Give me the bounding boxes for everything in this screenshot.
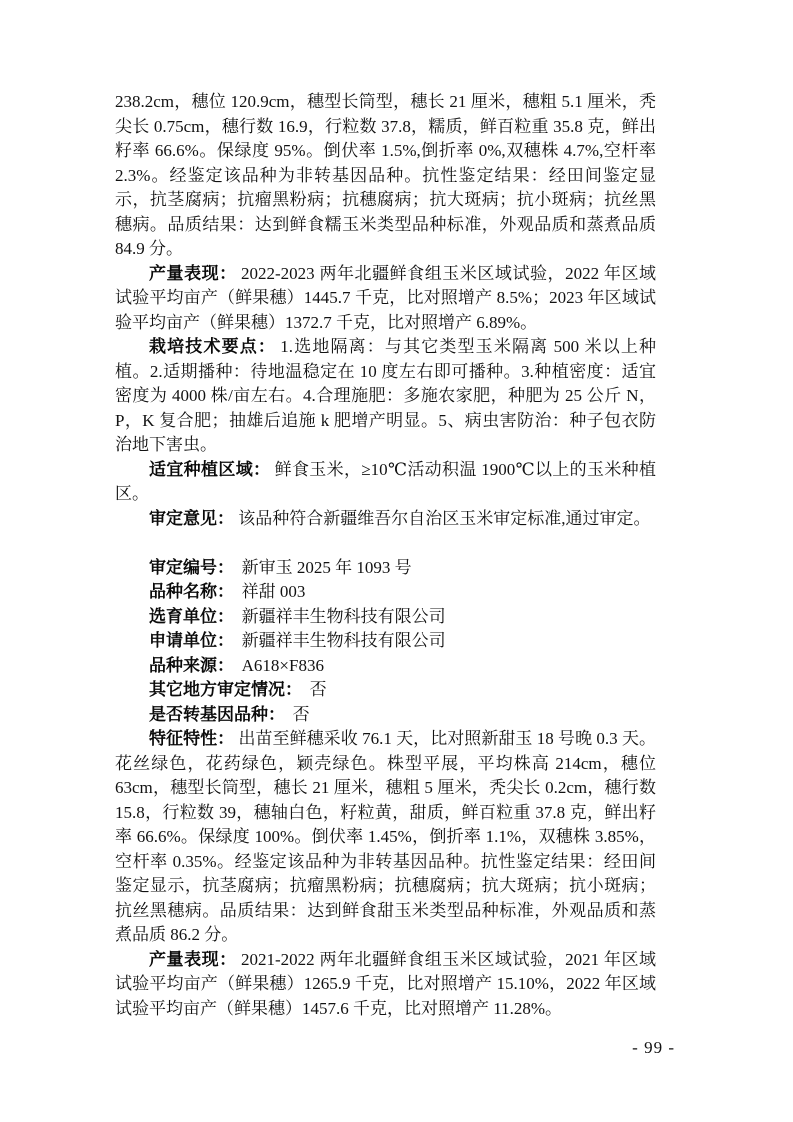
value-other-region-approval: 否 bbox=[310, 680, 327, 699]
field-gmo-status: 是否转基因品种：否 bbox=[115, 703, 656, 728]
value-approval-number: 新审玉 2025 年 1093 号 bbox=[242, 558, 412, 577]
para-variety1-cultivation-techniques: 栽培技术要点：1.选地隔离：与其它类型玉米隔离 500 米以上种植。2.适期播种… bbox=[115, 335, 656, 458]
label-variety2-traits: 特征特性： bbox=[149, 729, 234, 748]
field-variety-source: 品种来源：A618×F836 bbox=[115, 654, 656, 679]
value-variety-source: A618×F836 bbox=[242, 656, 324, 675]
label-variety-name: 品种名称： bbox=[149, 582, 234, 601]
para-variety1-suitable-regions: 适宜种植区域：鲜食玉米，≥10℃活动积温 1900℃以上的玉米种植区。 bbox=[115, 458, 656, 507]
para-variety2-traits: 特征特性：出苗至鲜穗采收 76.1 天，比对照新甜玉 18 号晚 0.3 天。花… bbox=[115, 727, 656, 948]
label-other-region-approval: 其它地方审定情况： bbox=[149, 680, 302, 699]
value-variety-name: 祥甜 003 bbox=[242, 582, 306, 601]
text-variety2-traits: 出苗至鲜穗采收 76.1 天，比对照新甜玉 18 号晚 0.3 天。花丝绿色，花… bbox=[115, 729, 656, 944]
label-breeding-unit: 选育单位： bbox=[149, 607, 234, 626]
para-variety1-yield-performance: 产量表现：2022-2023 两年北疆鲜食组玉米区域试验，2022 年区域试验平… bbox=[115, 262, 656, 336]
variety2-header-fields: 审定编号：新审玉 2025 年 1093 号 品种名称：祥甜 003 选育单位：… bbox=[115, 556, 656, 728]
label-suitable-regions: 适宜种植区域： bbox=[149, 460, 270, 479]
value-gmo-status: 否 bbox=[293, 705, 310, 724]
field-approval-number: 审定编号：新审玉 2025 年 1093 号 bbox=[115, 556, 656, 581]
label-approval-number: 审定编号： bbox=[149, 558, 234, 577]
field-other-region-approval: 其它地方审定情况：否 bbox=[115, 678, 656, 703]
page-number: - 99 - bbox=[632, 1036, 675, 1060]
para-variety1-approval-opinion: 审定意见：该品种符合新疆维吾尔自治区玉米审定标准,通过审定。 bbox=[115, 507, 656, 532]
document-body: 238.2cm，穗位 120.9cm，穗型长筒型，穗长 21 厘米，穗粗 5.1… bbox=[115, 90, 656, 1021]
document-page: 238.2cm，穗位 120.9cm，穗型长筒型，穗长 21 厘米，穗粗 5.1… bbox=[0, 0, 793, 1122]
label-approval-opinion: 审定意见： bbox=[149, 509, 234, 528]
field-breeding-unit: 选育单位：新疆祥丰生物科技有限公司 bbox=[115, 605, 656, 630]
label-yield-performance: 产量表现： bbox=[149, 264, 237, 283]
field-applicant-unit: 申请单位：新疆祥丰生物科技有限公司 bbox=[115, 629, 656, 654]
field-variety-name: 品种名称：祥甜 003 bbox=[115, 580, 656, 605]
text-approval-opinion: 该品种符合新疆维吾尔自治区玉米审定标准,通过审定。 bbox=[238, 509, 650, 528]
para-prev-variety-characteristics-continuation: 238.2cm，穗位 120.9cm，穗型长筒型，穗长 21 厘米，穗粗 5.1… bbox=[115, 90, 656, 262]
label-cultivation-techniques: 栽培技术要点： bbox=[149, 337, 276, 356]
label-variety2-yield-performance: 产量表现： bbox=[149, 950, 237, 969]
value-breeding-unit: 新疆祥丰生物科技有限公司 bbox=[242, 607, 446, 626]
para-variety2-yield-performance: 产量表现：2021-2022 两年北疆鲜食组玉米区域试验，2021 年区域试验平… bbox=[115, 948, 656, 1022]
label-applicant-unit: 申请单位： bbox=[149, 631, 234, 650]
value-applicant-unit: 新疆祥丰生物科技有限公司 bbox=[242, 631, 446, 650]
label-gmo-status: 是否转基因品种： bbox=[149, 705, 285, 724]
label-variety-source: 品种来源： bbox=[149, 656, 234, 675]
